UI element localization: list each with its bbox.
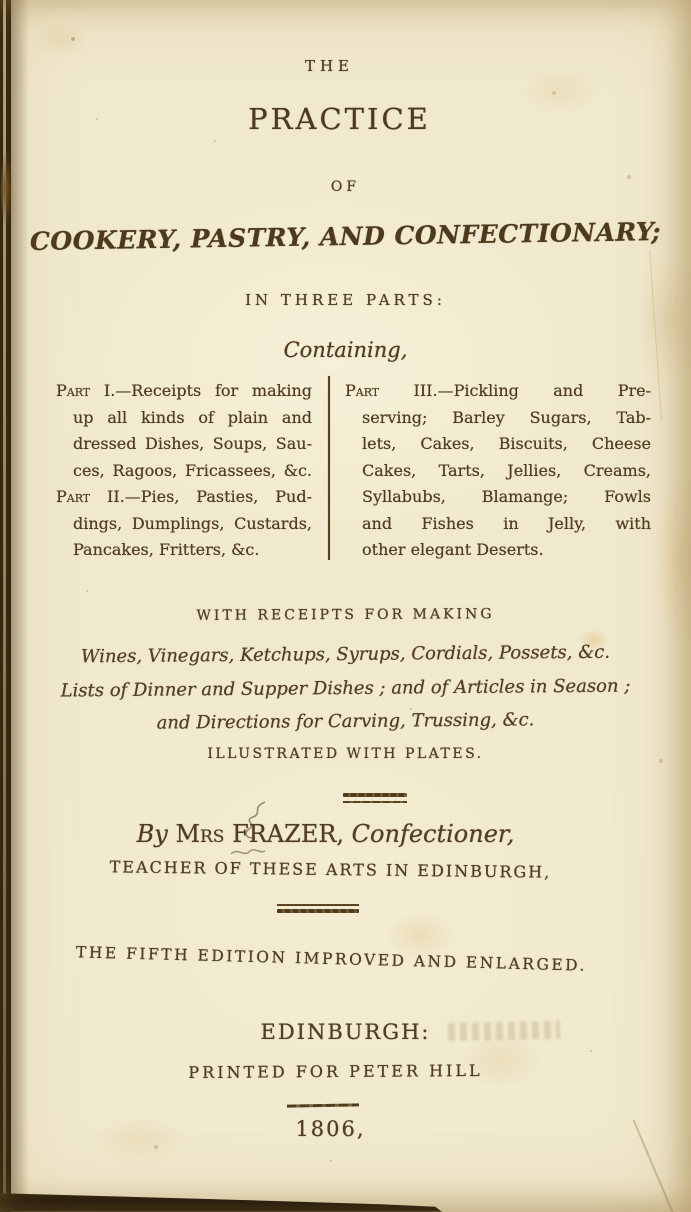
- ink-showthrough: [448, 1021, 560, 1041]
- part-line: Part III.—Pickling and Pre-: [345, 378, 651, 405]
- part-text: —Pies, Pasties, Pud-: [125, 487, 312, 506]
- imprint-city: EDINBURGH:: [0, 1020, 691, 1044]
- part-text: serving; Barley Sugars, Tab-: [362, 408, 651, 427]
- byline: By Mrs FRAZER, Confectioner,: [0, 820, 671, 848]
- year-rule-ornament: [287, 1103, 359, 1107]
- part-label: Part I.: [56, 381, 115, 400]
- part-line: Cakes, Tarts, Jellies, Creams,: [345, 458, 651, 485]
- part-line: Part II.—Pies, Pasties, Pud-: [56, 484, 312, 511]
- double-rule-ornament: [343, 793, 407, 803]
- column-divider-rule: [328, 376, 330, 560]
- part-line: lets, Cakes, Biscuits, Cheese: [345, 431, 651, 458]
- part-label: Part II.: [56, 487, 125, 506]
- receipts-line: Wines, Vinegars, Ketchups, Syrups, Cordi…: [0, 641, 691, 668]
- teacher-line: TEACHER OF THESE ARTS IN EDINBURGH,: [0, 856, 676, 883]
- part-line: up all kinds of plain and: [56, 405, 312, 432]
- byline-role: Confectioner,: [352, 820, 515, 848]
- illustrated-line: ILLUSTRATED WITH PLATES.: [0, 746, 691, 762]
- receipts-line: Lists of Dinner and Supper Dishes ; and …: [0, 675, 691, 702]
- part-text: Cakes, Tarts, Jellies, Creams,: [362, 461, 651, 480]
- byline-honorific: Mrs: [175, 820, 232, 848]
- scanned-title-page: THE PRACTICE OF COOKERY, PASTRY, AND CON…: [0, 0, 691, 1212]
- part-text: ces, Ragoos, Fricassees, &c.: [73, 461, 312, 480]
- part-line: ces, Ragoos, Fricassees, &c.: [56, 458, 312, 485]
- parts-heading: IN THREE PARTS:: [0, 291, 691, 309]
- rule-bar: [277, 909, 359, 913]
- receipts-line: and Directions for Carving, Trussing, &c…: [0, 708, 691, 735]
- part-line: dressed Dishes, Soups, Sau-: [56, 431, 312, 458]
- paper-crease: [649, 250, 662, 420]
- part-line: Syllabubs, Blamange; Fowls: [345, 484, 651, 511]
- part-text: Pancakes, Fritters, &c.: [73, 540, 259, 559]
- double-rule-ornament: [277, 904, 359, 913]
- book-bottom-edge: [0, 1186, 691, 1212]
- part-label: Part III.: [345, 381, 438, 400]
- rule-bar: [343, 793, 407, 797]
- part-text: and Fishes in Jelly, with: [362, 514, 651, 533]
- part-text: dings, Dumplings, Custards,: [73, 514, 312, 533]
- rule-bar: [277, 904, 359, 906]
- part-line: Pancakes, Fritters, &c.: [56, 537, 312, 564]
- ink-smudge: [1, 150, 13, 228]
- part-text: Syllabubs, Blamange; Fowls: [362, 487, 651, 506]
- edition-line: THE FIFTH EDITION IMPROVED AND ENLARGED.: [0, 941, 677, 977]
- rule-bar: [343, 801, 407, 803]
- byline-surname: FRAZER,: [232, 820, 352, 848]
- byline-by: By: [137, 820, 176, 848]
- part-line: and Fishes in Jelly, with: [345, 511, 651, 538]
- imprint-year: 1806,: [0, 1117, 676, 1141]
- contents-column-right: Part III.—Pickling and Pre- serving; Bar…: [345, 378, 651, 564]
- part-text: other elegant Deserts.: [362, 540, 544, 559]
- part-line: other elegant Deserts.: [345, 537, 651, 564]
- gutter-shadow: [11, 0, 29, 1212]
- book-subtitle: COOKERY, PASTRY, AND CONFECTIONARY;: [0, 217, 691, 257]
- part-line: serving; Barley Sugars, Tab-: [345, 405, 651, 432]
- title-of-word: OF: [0, 179, 691, 195]
- imprint-publisher: PRINTED FOR PETER HILL: [0, 1060, 681, 1084]
- part-text: dressed Dishes, Soups, Sau-: [73, 434, 312, 453]
- book-title: PRACTICE: [0, 102, 685, 136]
- contents-column-left: Part I.—Receipts for making up all kinds…: [56, 378, 312, 564]
- half-title: THE: [0, 57, 675, 75]
- part-text: lets, Cakes, Biscuits, Cheese: [362, 434, 651, 453]
- part-line: Part I.—Receipts for making: [56, 378, 312, 405]
- containing-label: Containing,: [0, 338, 691, 362]
- receipts-heading: WITH RECEIPTS FOR MAKING: [0, 605, 691, 625]
- part-line: dings, Dumplings, Custards,: [56, 511, 312, 538]
- part-text: —Receipts for making: [115, 381, 312, 400]
- part-text: up all kinds of plain and: [73, 408, 312, 427]
- part-text: —Pickling and Pre-: [438, 381, 651, 400]
